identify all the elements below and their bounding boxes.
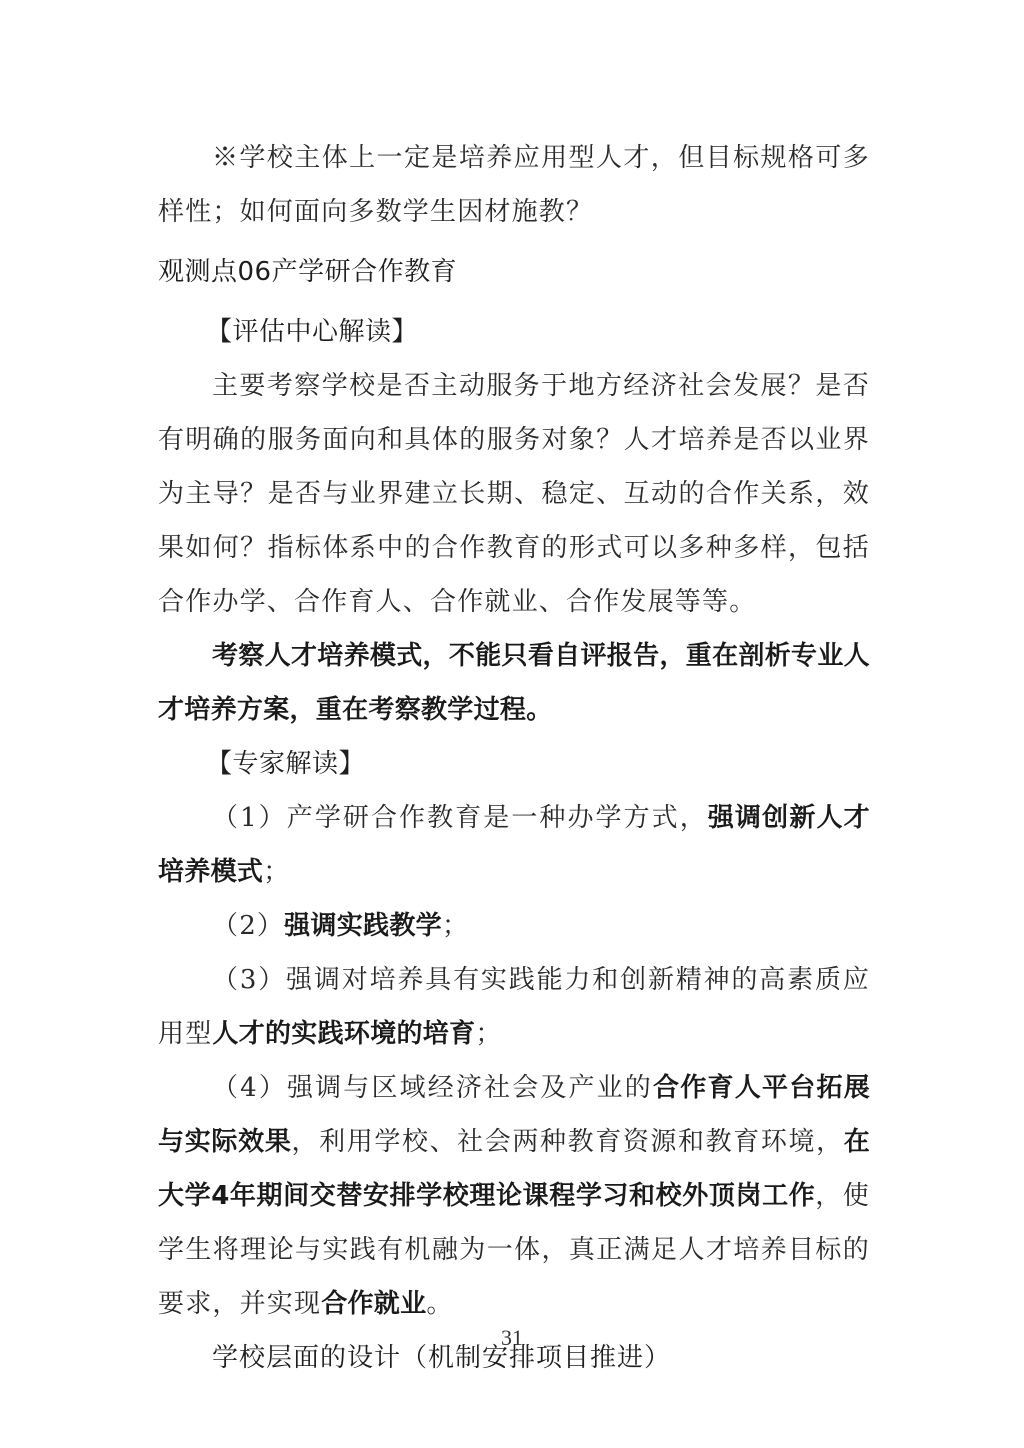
evaluation-center-paragraph: 主要考察学校是否主动服务于地方经济社会发展？是否有明确的服务面向和具体的服务对象… [158, 359, 870, 629]
expert-item-4: （4）强调与区域经济社会及产业的合作育人平台拓展与实际效果，利用学校、社会两种教… [158, 1061, 870, 1331]
expert-item-3: （3）强调对培养具有实践能力和创新精神的高素质应用型人才的实践环境的培育； [158, 953, 870, 1061]
note-paragraph: ※学校主体上一定是培养应用型人才，但目标规格可多样性；如何面向多数学生因材施教？ [158, 131, 870, 239]
item-bold-text: 强调实践教学 [284, 911, 442, 941]
item-text: （1）产学研合作教育是一种办学方式， [212, 803, 708, 833]
item-text: ； [442, 911, 469, 941]
item-text: （2） [212, 911, 284, 941]
section-label-evaluation-center: 【评估中心解读】 [158, 305, 870, 359]
item-text: （4）强调与区域经济社会及产业的 [212, 1073, 653, 1103]
section-label-expert: 【专家解读】 [158, 737, 870, 791]
item-text: ，利用学校、社会两种教育资源和教育环境， [292, 1127, 844, 1157]
item-bold-text: 人才的实践环境的培育 [212, 1019, 475, 1049]
emphasis-paragraph: 考察人才培养模式，不能只看自评报告，重在剖析专业人才培养方案，重在考察教学过程。 [158, 629, 870, 737]
item-text: 。 [426, 1289, 453, 1319]
expert-item-1: （1）产学研合作教育是一种办学方式，强调创新人才培养模式； [158, 791, 870, 899]
item-bold-text: 合作就业 [321, 1289, 426, 1319]
item-text: ； [475, 1019, 502, 1049]
expert-item-2: （2）强调实践教学； [158, 899, 870, 953]
observation-point-heading: 观测点06产学研合作教育 [158, 245, 870, 299]
item-text: ； [263, 857, 290, 887]
page-number: 31 [0, 1325, 1024, 1351]
document-page: ※学校主体上一定是培养应用型人才，但目标规格可多样性；如何面向多数学生因材施教？… [158, 131, 870, 1385]
